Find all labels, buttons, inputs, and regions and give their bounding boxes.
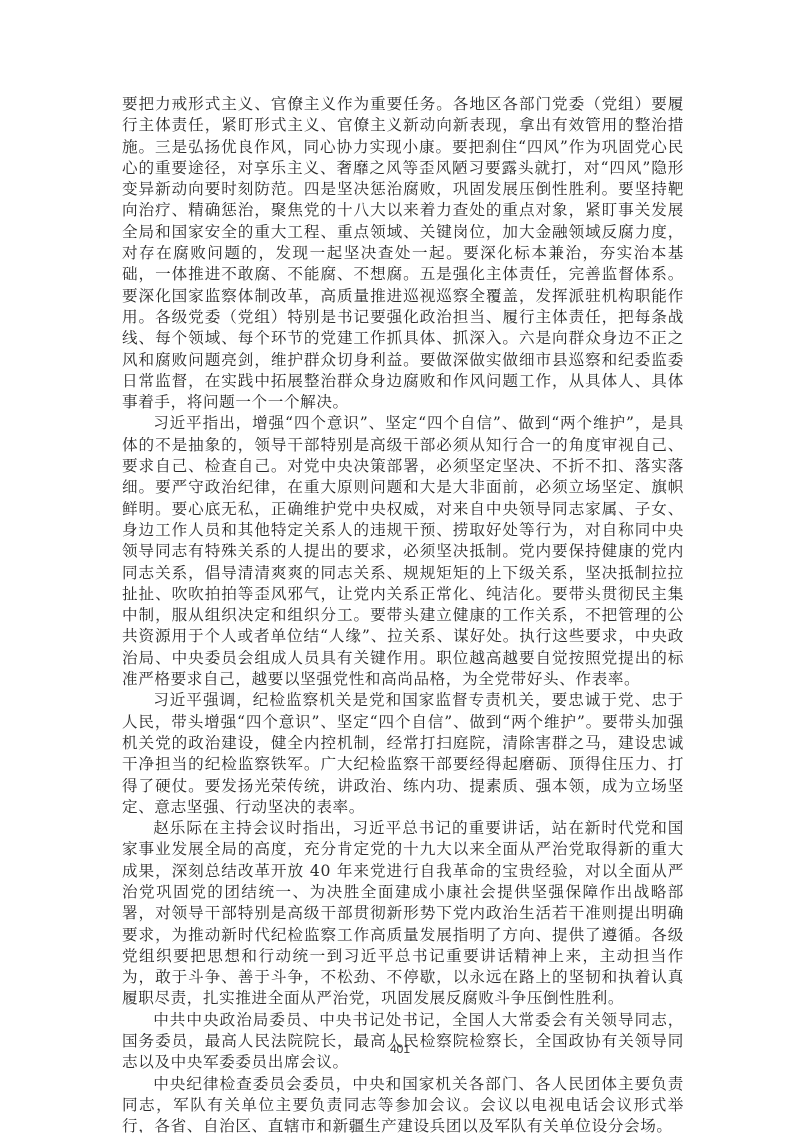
paragraph-2: 习近平指出，增强“四个意识”、坚定“四个自信”、做到“两个维护”，是具体的不是抽… [122, 413, 684, 690]
paragraph-6: 中央纪律检查委员会委员，中央和国家机关各部门、各人民团体主要负责同志，军队有关单… [122, 1074, 684, 1133]
paragraph-1: 要把力戒形式主义、官僚主义作为重要任务。各地区各部门党委（党组）要履行主体责任，… [122, 94, 684, 413]
document-body: 要把力戒形式主义、官僚主义作为重要任务。各地区各部门党委（党组）要履行主体责任，… [122, 94, 684, 1133]
paragraph-4: 赵乐际在主持会议时指出，习近平总书记的重要讲话，站在新时代党和国家事业发展全局的… [122, 818, 684, 1010]
page-number: 401 [0, 1042, 800, 1056]
paragraph-3: 习近平强调，纪检监察机关是党和国家监督专责机关，要忠诚于党、忠于人民，带头增强“… [122, 690, 684, 818]
